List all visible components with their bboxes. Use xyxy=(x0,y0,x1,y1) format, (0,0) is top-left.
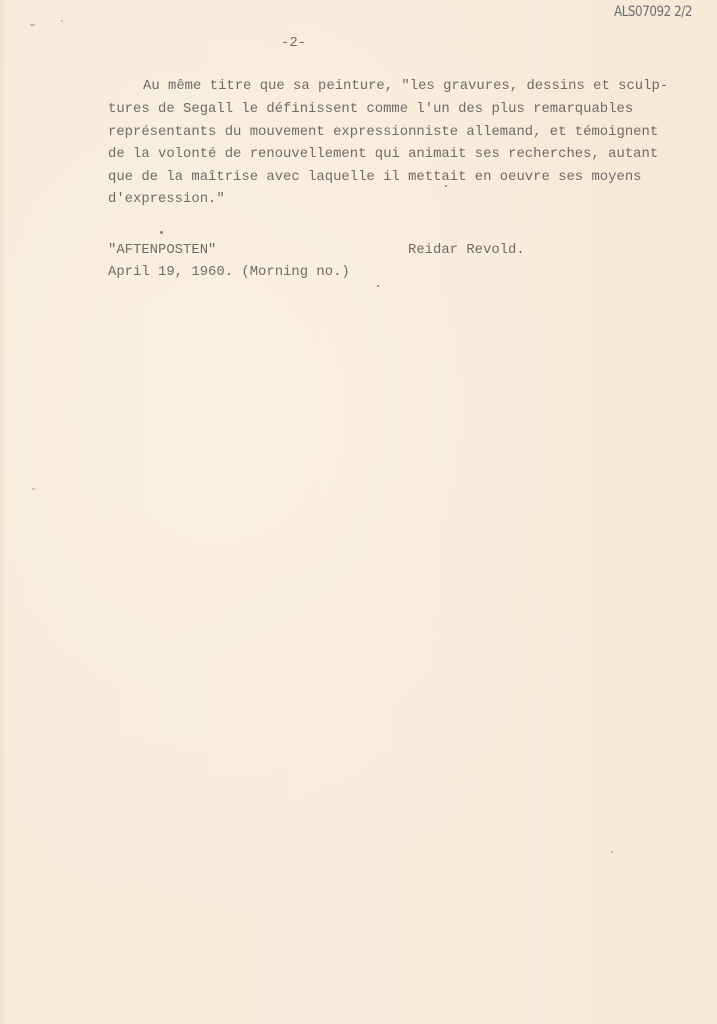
body-line: tures de Segall le définissent comme l'u… xyxy=(108,101,633,117)
body-line: que de la maîtrise avec laquelle il mett… xyxy=(108,169,642,185)
document-page: ALS07092 2/2 -2- Au même titre que sa pe… xyxy=(0,0,717,1024)
body-line: représentants du mouvement expressionnis… xyxy=(108,124,658,140)
body-line: de la volonté de renouvellement qui anim… xyxy=(108,146,658,162)
source-date: April 19, 1960. (Morning no.) xyxy=(108,264,350,280)
source-name: "AFTENPOSTEN" xyxy=(108,242,216,258)
ink-speck xyxy=(30,24,35,26)
author-name: Reidar Revold. xyxy=(408,242,525,258)
body-line: Au même titre que sa peinture, "les grav… xyxy=(143,78,668,94)
archive-reference-note: ALS07092 2/2 xyxy=(614,4,692,20)
ink-speck xyxy=(377,285,379,287)
body-line: d'expression." xyxy=(108,191,225,207)
ink-speck xyxy=(445,185,447,187)
ink-speck xyxy=(32,488,35,490)
ink-speck xyxy=(160,231,163,234)
ink-speck xyxy=(611,851,613,853)
ink-speck xyxy=(61,20,63,22)
page-number: -2- xyxy=(281,35,306,51)
